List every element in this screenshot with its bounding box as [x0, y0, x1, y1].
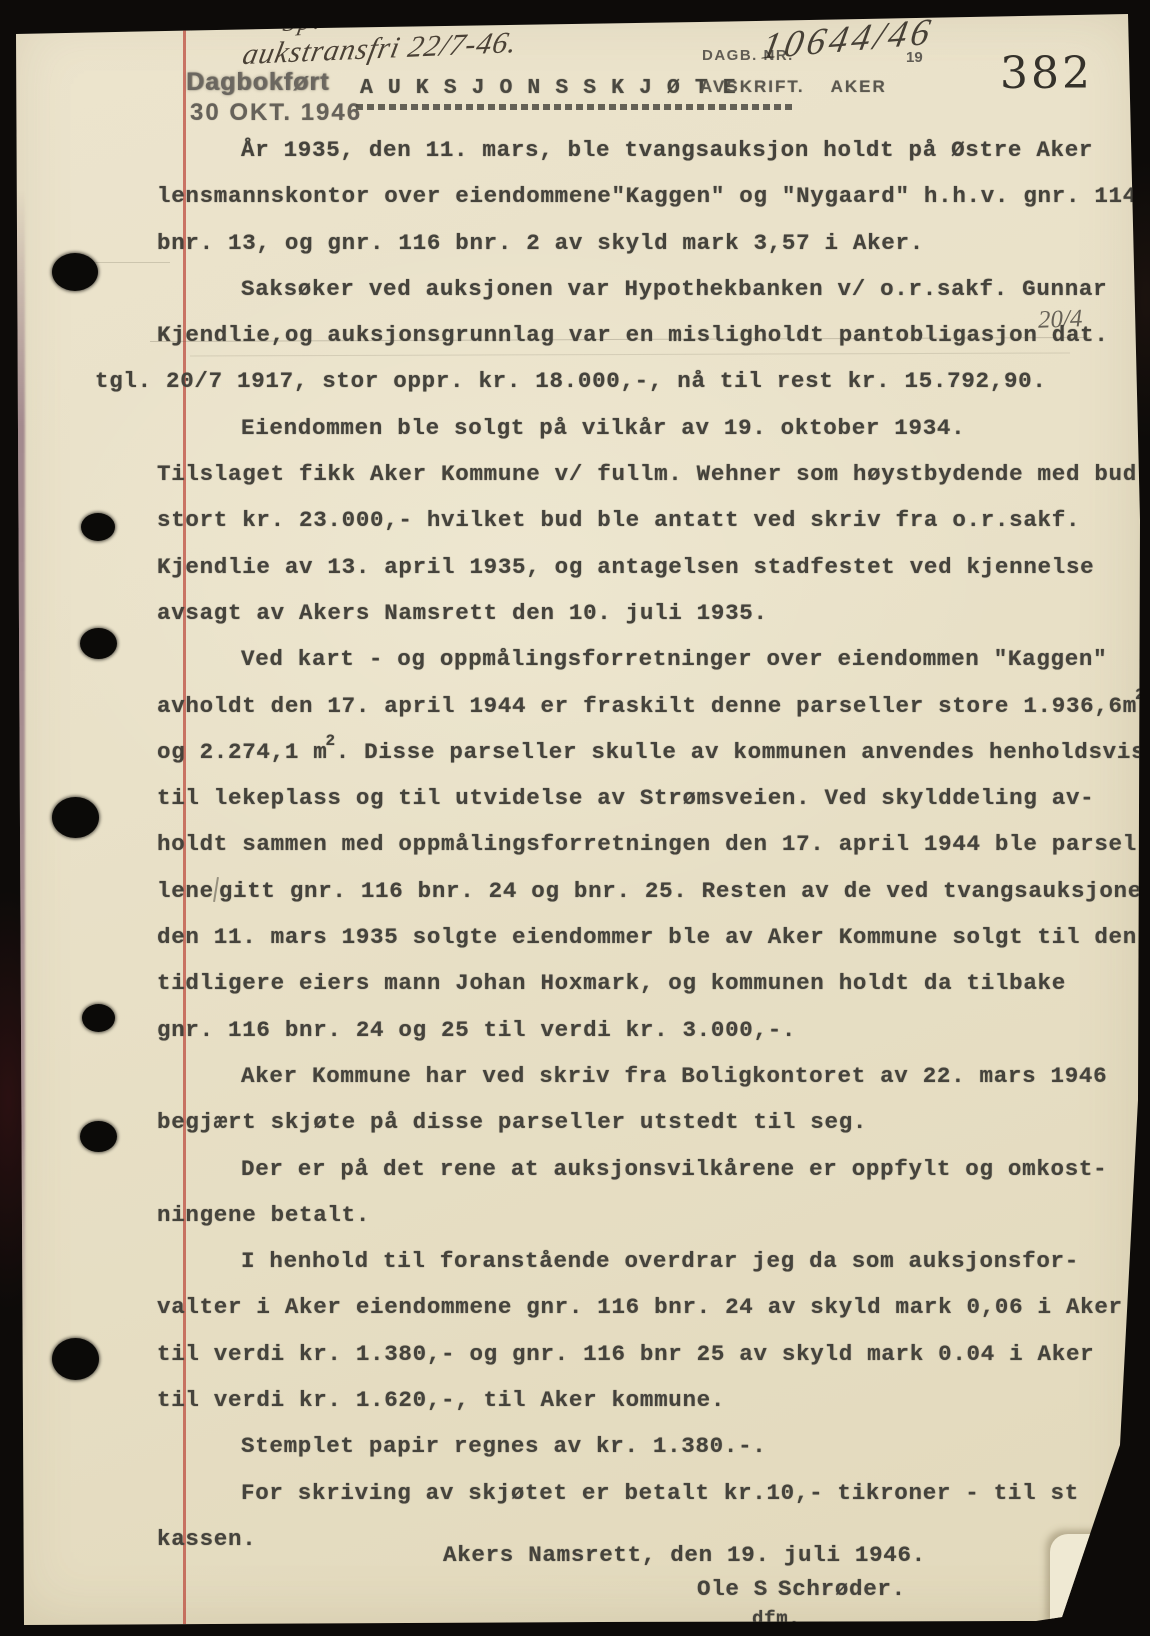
avskrift-stamp: AVSKRIFT. AKER: [700, 77, 887, 97]
text-line: tidligere eiers mann Johan Hoxmark, og k…: [157, 960, 1150, 1006]
text-line: Kjendlie av 13. april 1935, og antagelse…: [157, 544, 1150, 590]
punch-hole: [52, 253, 98, 291]
scan-background: Sp. N. H. Skacede aukstransfri 22/7-46. …: [0, 0, 1150, 1636]
dagbokfort-date-stamp: 30 OKT. 1946: [190, 99, 362, 127]
text-line: Aker Kommune har ved skriv fra Boligkont…: [157, 1053, 1150, 1099]
text-line: For skriving av skjøtet er betalt kr.10,…: [157, 1470, 1150, 1516]
punch-hole: [80, 1121, 117, 1152]
dagbokfort-stamp: Dagbokført: [186, 68, 329, 97]
punch-hole: [81, 513, 115, 541]
text-line: avholdt den 17. april 1944 er fraskilt d…: [157, 683, 1150, 729]
text-line-part: avholdt den 17. april 1944 er fraskilt d…: [157, 693, 1123, 719]
punch-hole: [52, 1338, 99, 1380]
text-line: gnr. 116 bnr. 24 og 25 til verdi kr. 3.0…: [157, 1007, 1150, 1053]
signature-name-part: Ole S: [697, 1576, 768, 1602]
text-line: Eiendommen ble solgt på vilkår av 19. ok…: [157, 405, 1150, 451]
text-line: tgl. 20/7 1917, stor oppr. kr. 18.000,-,…: [95, 358, 1150, 404]
text-line: begjært skjøte på disse parseller utsted…: [157, 1099, 1150, 1145]
text-line: avsagt av Akers Namsrett den 10. juli 19…: [157, 590, 1150, 636]
punch-hole: [52, 797, 99, 838]
text-line: valter i Aker eiendommene gnr. 116 bnr. …: [157, 1284, 1150, 1330]
text-line: Stemplet papir regnes av kr. 1.380.-.: [157, 1423, 1150, 1469]
text-line: Saksøker ved auksjonen var Hypothekbanke…: [157, 266, 1150, 312]
signature-name-part: Schrøder.: [778, 1576, 906, 1602]
text-line: til verdi kr. 1.620,-, til Aker kommune.: [157, 1377, 1150, 1423]
superscript-2: 2: [325, 718, 335, 764]
text-line-part: gitt gnr. 116 bnr. 24 og bnr. 25. Resten…: [219, 878, 1150, 904]
page-corner-dogear: [1050, 1534, 1142, 1626]
text-line: Kjendlie,og auksjonsgrunnlag var en misl…: [157, 312, 1150, 358]
text-line: bnr. 13, og gnr. 116 bnr. 2 av skyld mar…: [157, 220, 1150, 266]
signature-name: Ole Sdfm.Schrøder.: [697, 1576, 906, 1602]
text-line: ningene betalt.: [157, 1192, 1150, 1238]
signature-sub-note: dfm.: [752, 1608, 800, 1630]
text-line: holdt sammen med oppmålingsforretningen …: [157, 821, 1150, 867]
avskrift-stamp-place: AKER: [831, 77, 887, 97]
paper-edge-tint: [15, 190, 25, 1370]
text-line: den 11. mars 1935 solgte eiendommer ble …: [157, 914, 1150, 960]
text-line-part: lene: [157, 878, 214, 904]
text-line: I henhold til foranstående overdrar jeg …: [157, 1238, 1150, 1284]
document-title: AUKSJONSSKJØTE: [360, 76, 751, 100]
text-line: og 2.274,1 m2. Disse parseller skulle av…: [157, 729, 1150, 775]
text-line-part: . Disse parseller skulle av kommunen anv…: [336, 739, 1146, 765]
punch-hole: [82, 1004, 115, 1032]
text-line: til verdi kr. 1.380,- og gnr. 116 bnr 25…: [157, 1331, 1150, 1377]
document-body: År 1935, den 11. mars, ble tvangsauksjon…: [157, 127, 1150, 1562]
text-line: Tilslaget fikk Aker Kommune v/ fullm. We…: [157, 451, 1150, 497]
avskrift-stamp-word: AVSKRIFT.: [700, 77, 805, 97]
superscript-2: 2: [1135, 672, 1145, 718]
text-line: Ved kart - og oppmålingsforretninger ove…: [157, 636, 1150, 682]
title-underline: [356, 104, 792, 110]
text-line: Der er på det rene at auksjonsvilkårene …: [157, 1146, 1150, 1192]
punch-hole: [80, 628, 117, 659]
text-line: til lekeplass og til utvidelse av Strøms…: [157, 775, 1150, 821]
text-line-part: og 2.274,1 m: [157, 739, 327, 765]
signature-place-date: Akers Namsrett, den 19. juli 1946.: [443, 1542, 926, 1568]
text-line: År 1935, den 11. mars, ble tvangsauksjon…: [157, 127, 1150, 173]
document-paper: Sp. N. H. Skacede aukstransfri 22/7-46. …: [0, 0, 1150, 1636]
page-number: 382: [1000, 48, 1093, 99]
text-line: lensmannskontor over eiendommene"Kaggen"…: [157, 173, 1150, 219]
text-line: lenegitt gnr. 116 bnr. 24 og bnr. 25. Re…: [157, 868, 1150, 914]
text-line: stort kr. 23.000,- hvilket bud ble antat…: [157, 497, 1150, 543]
